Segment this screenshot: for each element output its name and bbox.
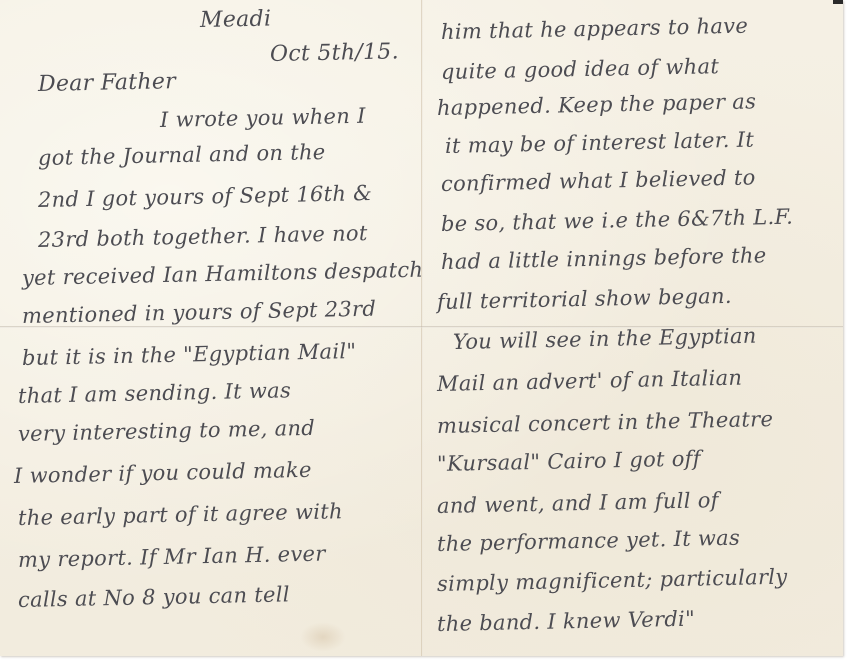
text-line: calls at No 8 you can tell <box>18 582 290 612</box>
text-line: be so, that we i.e the 6&7th L.F. <box>441 205 794 236</box>
text-line: mentioned in yours of Sept 23rd <box>22 297 377 328</box>
text-line: 2nd I got yours of Sept 16th & <box>38 181 373 212</box>
left-page: Meadi Oct 5th/15. Dear Father I wrote yo… <box>0 0 421 656</box>
text-line: but it is in the "Egyptian Mail" <box>22 339 357 370</box>
text-line: happened. Keep the paper as <box>437 89 757 120</box>
letter-place: Meadi <box>200 7 272 33</box>
salutation: Dear Father <box>38 69 177 97</box>
text-line: very interesting to me, and <box>18 416 315 446</box>
text-line: 23rd both together. I have not <box>38 221 368 252</box>
text-line: and went, and I am full of <box>437 488 719 518</box>
text-line: full territorial show began. <box>437 284 732 314</box>
text-line: I wonder if you could make <box>14 458 312 488</box>
text-line: You will see in the Egyptian <box>453 324 757 354</box>
text-line: simply magnificent; particularly <box>437 565 788 596</box>
text-line: it may be of interest later. It <box>445 128 755 158</box>
text-line: him that he appears to have <box>441 14 749 44</box>
text-line: quite a good idea of what <box>441 54 720 84</box>
letter-date: Oct 5th/15. <box>270 39 399 67</box>
text-line: yet received Ian Hamiltons despatch <box>22 258 424 290</box>
text-line: that I am sending. It was <box>18 378 292 408</box>
text-line: the early part of it agree with <box>18 499 343 530</box>
text-line: had a little innings before the <box>441 243 767 274</box>
text-line: I wrote you when I <box>160 104 366 132</box>
text-line: my report. If Mr Ian H. ever <box>18 542 326 572</box>
letter-sheet: Meadi Oct 5th/15. Dear Father I wrote yo… <box>0 0 843 656</box>
right-page: him that he appears to have quite a good… <box>423 0 843 656</box>
text-line: the performance yet. It was <box>437 526 741 556</box>
text-line: confirmed what I believed to <box>441 165 756 196</box>
text-line: "Kursaal" Cairo I got off <box>437 446 701 476</box>
text-line: the band. I knew Verdi" <box>437 607 696 636</box>
text-line: got the Journal and on the <box>38 140 326 170</box>
text-line: musical concert in the Theatre <box>437 407 774 438</box>
text-line: Mail an advert' of an Italian <box>437 366 743 396</box>
